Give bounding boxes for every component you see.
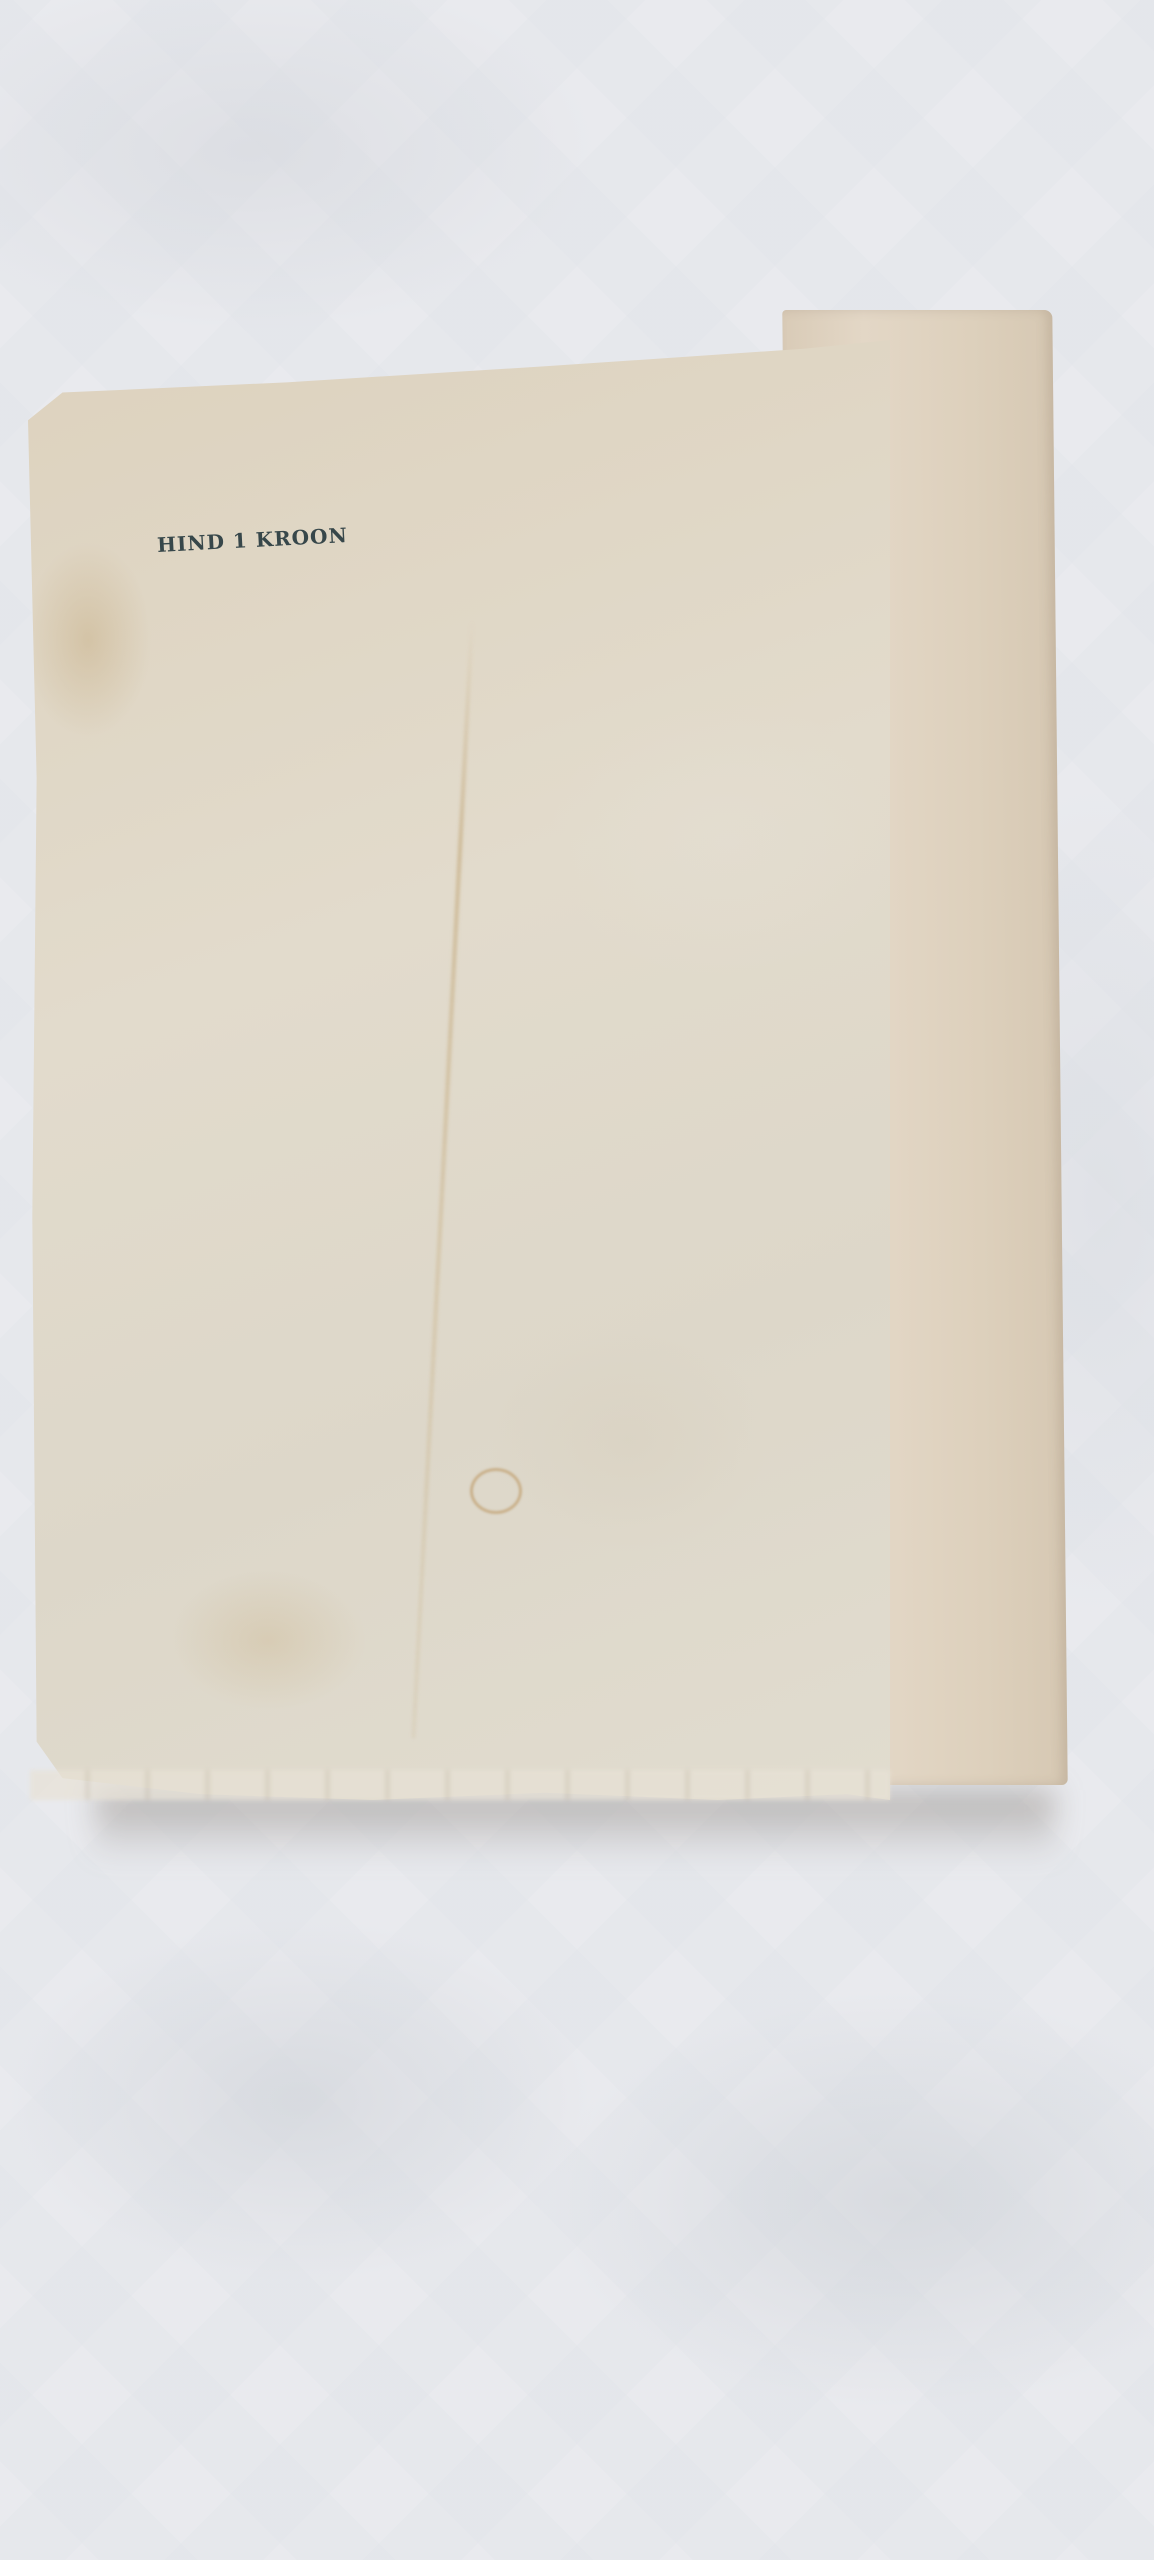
torn-bottom-edge (30, 1770, 890, 1800)
book-back-cover (28, 340, 890, 1800)
book: HIND 1 KROON (0, 0, 1154, 2560)
cover-stain (470, 1468, 522, 1514)
